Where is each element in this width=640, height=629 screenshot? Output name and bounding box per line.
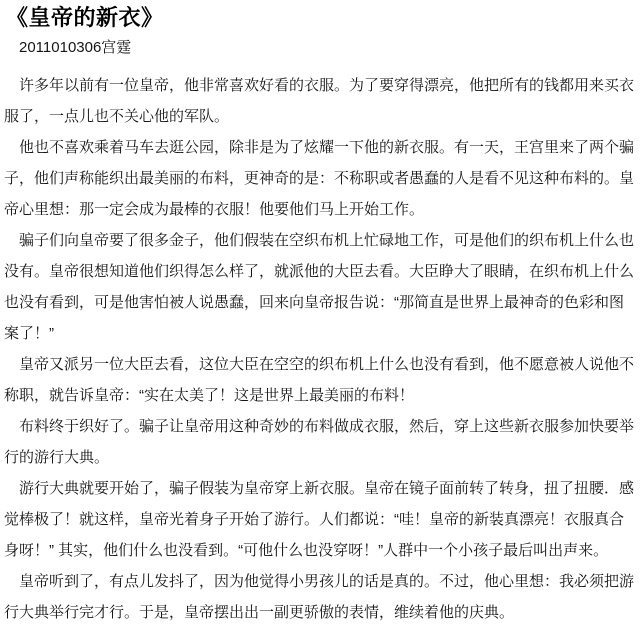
author-byline: 2011010306宫霆	[4, 37, 634, 59]
paragraph: 他也不喜欢乘着马车去逛公园，除非是为了炫耀一下他的新衣服。有一天，王宫里来了两个…	[4, 132, 634, 225]
paragraph: 游行大典就要开始了，骗子假装为皇帝穿上新衣服。皇帝在镜子面前转了转身，扭了扭腰．…	[4, 473, 634, 566]
paragraph: 皇帝听到了，有点儿发抖了，因为他觉得小男孩儿的话是真的。不过，他心里想：我必须把…	[4, 566, 634, 628]
paragraph: 许多年以前有一位皇帝，他非常喜欢好看的衣服。为了要穿得漂亮，他把所有的钱都用来买…	[4, 70, 634, 132]
paragraph: 布料终于织好了。骗子让皇帝用这种奇妙的布料做成衣服，然后，穿上这些新衣服参加快要…	[4, 411, 634, 473]
article-title: 《皇帝的新衣》	[4, 3, 634, 32]
article-body: 许多年以前有一位皇帝，他非常喜欢好看的衣服。为了要穿得漂亮，他把所有的钱都用来买…	[4, 70, 634, 628]
paragraph: 皇帝又派另一位大臣去看，这位大臣在空空的织布机上什么也没有看到，他不愿意被人说他…	[4, 349, 634, 411]
paragraph: 骗子们向皇帝要了很多金子，他们假装在空织布机上忙碌地工作，可是他们的织布机上什么…	[4, 225, 634, 349]
article-page: 《皇帝的新衣》 2011010306宫霆 许多年以前有一位皇帝，他非常喜欢好看的…	[0, 0, 640, 629]
